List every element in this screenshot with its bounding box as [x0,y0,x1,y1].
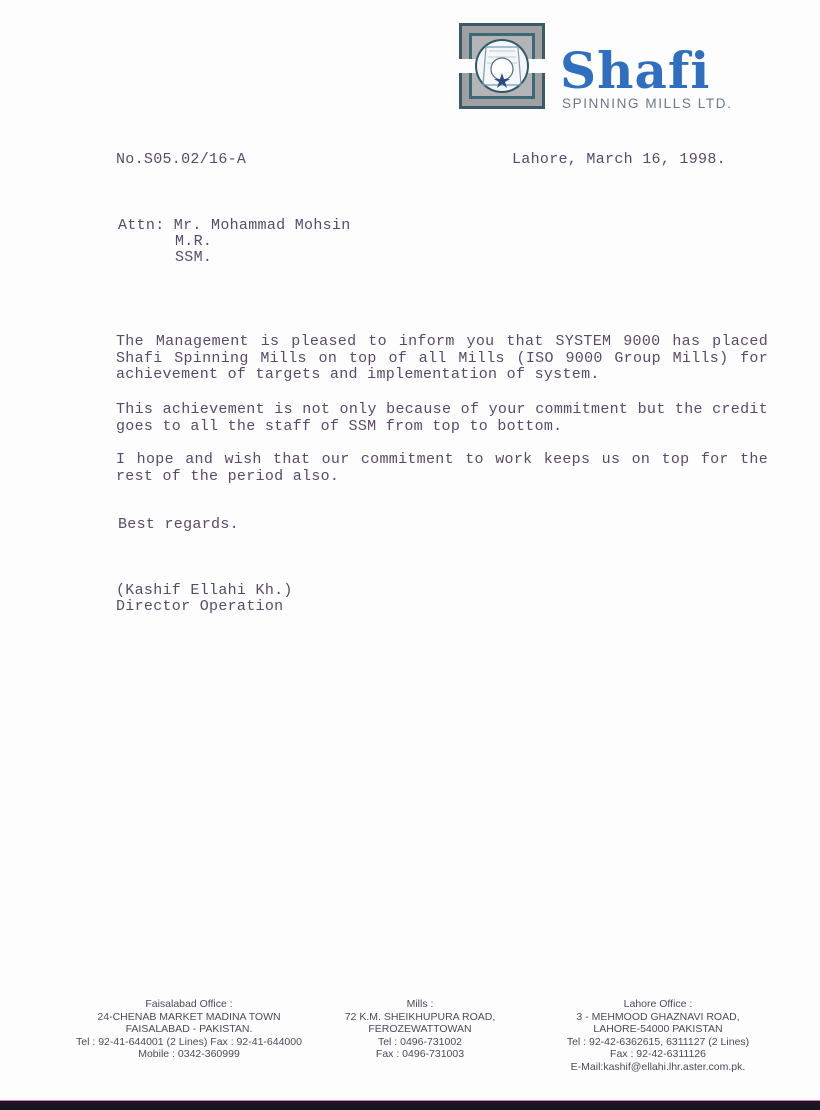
body-paragraph: I hope and wish that our commitment to w… [116,452,768,485]
attention-designation: M.R. [118,234,351,250]
attention-block: Attn: Mr. Mohammad Mohsin M.R. SSM. [118,218,351,266]
scan-edge [0,1100,820,1110]
footer-line: Fax : 0496-731003 [330,1048,510,1061]
footer-line: LAHORE-54000 PAKISTAN [540,1023,776,1036]
body-paragraph: The Management is pleased to inform you … [116,334,768,384]
footer-faisalabad-office: Faisalabad Office : 24-CHENAB MARKET MAD… [64,998,314,1061]
footer-line: Fax : 92-42-6311126 [540,1048,776,1061]
footer-line: 3 - MEHMOOD GHAZNAVI ROAD, [540,1011,776,1024]
footer-lahore-office: Lahore Office : 3 - MEHMOOD GHAZNAVI ROA… [540,998,776,1074]
signatory-title: Director Operation [116,599,293,615]
signatory-name: (Kashif Ellahi Kh.) [116,583,293,599]
reference-number: No.S05.02/16-A [116,151,246,168]
brand-name: Shafi [560,46,710,96]
footer-line: Faisalabad Office : [64,998,314,1011]
footer-email: E-Mail:kashif@ellahi.lhr.aster.com.pk. [540,1061,776,1074]
footer-line: Mills : [330,998,510,1011]
footer-line: FEROZEWATTOWAN [330,1023,510,1036]
footer-line: Tel : 92-41-644001 (2 Lines) Fax : 92-41… [64,1036,314,1049]
closing: Best regards. [118,516,239,533]
footer-line: Tel : 0496-731002 [330,1036,510,1049]
signature-block: (Kashif Ellahi Kh.) Director Operation [116,583,293,615]
footer-line: Mobile : 0342-360999 [64,1048,314,1061]
footer-line: 72 K.M. SHEIKHUPURA ROAD, [330,1011,510,1024]
attention-company: SSM. [118,250,351,266]
attention-line: Attn: Mr. Mohammad Mohsin [118,218,351,234]
shafi-logo-icon [459,23,545,109]
brand-subtitle: SPINNING MILLS LTD. [562,96,732,111]
footer-line: 24-CHENAB MARKET MADINA TOWN [64,1011,314,1024]
place-date: Lahore, March 16, 1998. [512,151,726,168]
footer-mills: Mills : 72 K.M. SHEIKHUPURA ROAD, FEROZE… [330,998,510,1061]
footer-line: Lahore Office : [540,998,776,1011]
body-paragraph: This achievement is not only because of … [116,402,768,435]
footer-line: FAISALABAD - PAKISTAN. [64,1023,314,1036]
footer-line: Tel : 92-42-6362615, 6311127 (2 Lines) [540,1036,776,1049]
